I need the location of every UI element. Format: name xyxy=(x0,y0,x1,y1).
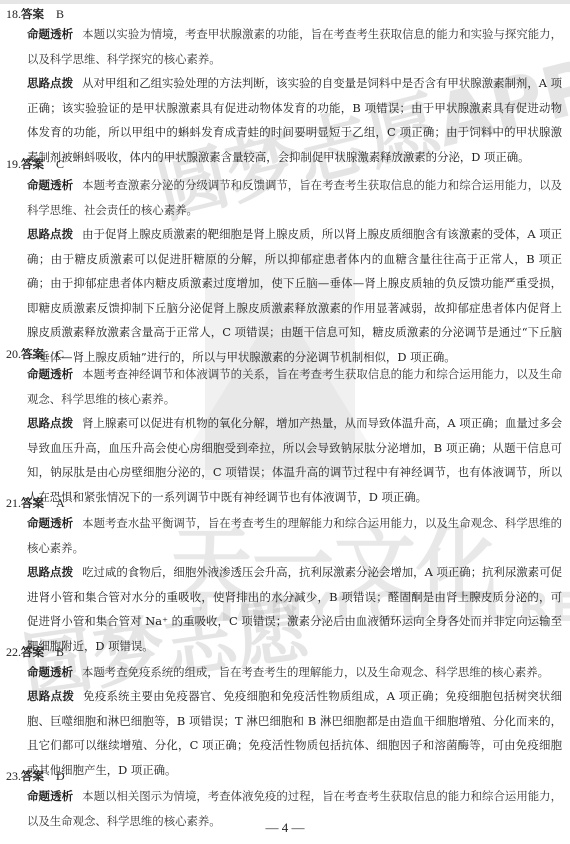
intent-label: 命题透析 xyxy=(27,367,73,381)
question-22-intent: 命题透析本题考查免疫系统的组成，旨在考查考生的理解能力，以及生命观念、科学思维的… xyxy=(27,660,562,685)
question-22-answer-line: 22.答案B xyxy=(6,644,64,660)
intent-text: 本题考查水盐平衡调节，旨在考查考生的理解能力和综合运用能力，以及生命观念、科学思… xyxy=(27,516,562,555)
question-18-intent: 命题透析本题以实验为情境，考查甲状腺激素的功能，旨在考查考生获取信息的能力和实验… xyxy=(27,22,562,71)
question-18-approach: 思路点拨从对甲组和乙组实验处理的方法判断，该实验的自变量是饲料中是否含有甲状腺激… xyxy=(27,71,562,169)
question-20-answer-line: 20.答案C xyxy=(6,346,64,362)
intent-label: 命题透析 xyxy=(27,665,73,679)
intent-label: 命题透析 xyxy=(27,789,73,803)
answer-label: 答案 xyxy=(21,157,44,171)
approach-label: 思路点拨 xyxy=(27,689,74,703)
answer-value: C xyxy=(56,347,64,361)
answer-label: 答案 xyxy=(21,645,44,659)
question-18-answer-line: 18.答案B xyxy=(6,6,64,22)
question-21-intent: 命题透析本题考查水盐平衡调节，旨在考查考生的理解能力和综合运用能力，以及生命观念… xyxy=(27,511,562,560)
question-20-intent: 命题透析本题考查神经调节和体液调节的关系，旨在考查考生获取信息的能力和综合运用能… xyxy=(27,362,562,411)
approach-text: 免疫系统主要由免疫器官、免疫细胞和免疫活性物质组成，A 项正确；免疫细胞包括树突… xyxy=(27,689,562,777)
approach-label: 思路点拨 xyxy=(27,565,73,579)
approach-text: 从对甲组和乙组实验处理的方法判断，该实验的自变量是饲料中是否含有甲状腺激素制剂，… xyxy=(27,76,562,164)
answer-label: 答案 xyxy=(21,7,44,21)
question-number: 18. xyxy=(6,7,21,21)
answer-value: C xyxy=(56,157,64,171)
intent-text: 本题考查神经调节和体液调节的关系，旨在考查考生获取信息的能力和综合运用能力，以及… xyxy=(27,367,562,406)
question-19-answer-line: 19.答案C xyxy=(6,156,64,172)
question-20-approach: 思路点拨肾上腺素可以促进有机物的氧化分解，增加产热量，从而导致体温升高，A 项正… xyxy=(27,411,562,509)
answer-label: 答案 xyxy=(21,347,44,361)
question-21-approach: 思路点拨吃过咸的食物后，细胞外液渗透压会升高，抗利尿激素分泌会增加，A 项正确；… xyxy=(27,560,562,658)
question-19-intent: 命题透析本题考查激素分泌的分级调节和反馈调节，旨在考查考生获取信息的能力和综合运… xyxy=(27,173,562,222)
question-23-answer-line: 23.答案D xyxy=(6,768,65,784)
answer-value: B xyxy=(56,7,64,21)
answer-value: D xyxy=(56,769,65,783)
page-number: — 4 — xyxy=(0,820,570,836)
approach-label: 思路点拨 xyxy=(27,227,73,241)
answer-label: 答案 xyxy=(21,769,44,783)
question-19-approach: 思路点拨由于促肾上腺皮质激素的靶细胞是肾上腺皮质，所以肾上腺皮质细胞含有该激素的… xyxy=(27,222,562,370)
approach-text: 吃过咸的食物后，细胞外液渗透压会升高，抗利尿激素分泌会增加，A 项正确；抗利尿激… xyxy=(27,565,562,653)
approach-text: 由于促肾上腺皮质激素的靶细胞是肾上腺皮质，所以肾上腺皮质细胞含有该激素的受体，A… xyxy=(27,227,562,364)
answer-value: B xyxy=(56,645,64,659)
intent-label: 命题透析 xyxy=(27,178,73,192)
question-number: 21. xyxy=(6,496,21,510)
question-number: 19. xyxy=(6,157,21,171)
question-21-answer-line: 21.答案A xyxy=(6,495,65,511)
question-number: 20. xyxy=(6,347,21,361)
question-number: 22. xyxy=(6,645,21,659)
answer-value: A xyxy=(56,496,65,510)
approach-label: 思路点拨 xyxy=(27,416,73,430)
answer-label: 答案 xyxy=(21,496,44,510)
question-number: 23. xyxy=(6,769,21,783)
intent-text: 本题以实验为情境，考查甲状腺激素的功能，旨在考查考生获取信息的能力和实验与探究能… xyxy=(27,27,562,66)
approach-text: 肾上腺素可以促进有机物的氧化分解，增加产热量，从而导致体温升高，A 项正确；血量… xyxy=(27,416,562,504)
question-22-approach: 思路点拨免疫系统主要由免疫器官、免疫细胞和免疫活性物质组成，A 项正确；免疫细胞… xyxy=(27,684,562,782)
page-top-edge xyxy=(0,0,570,4)
intent-text: 本题考查免疫系统的组成，旨在考查考生的理解能力，以及生命观念、科学思维的核心素养… xyxy=(82,665,549,679)
intent-text: 本题考查激素分泌的分级调节和反馈调节，旨在考查考生获取信息的能力和综合运用能力，… xyxy=(27,178,562,217)
intent-label: 命题透析 xyxy=(27,27,73,41)
approach-label: 思路点拨 xyxy=(27,76,73,90)
intent-label: 命题透析 xyxy=(27,516,73,530)
